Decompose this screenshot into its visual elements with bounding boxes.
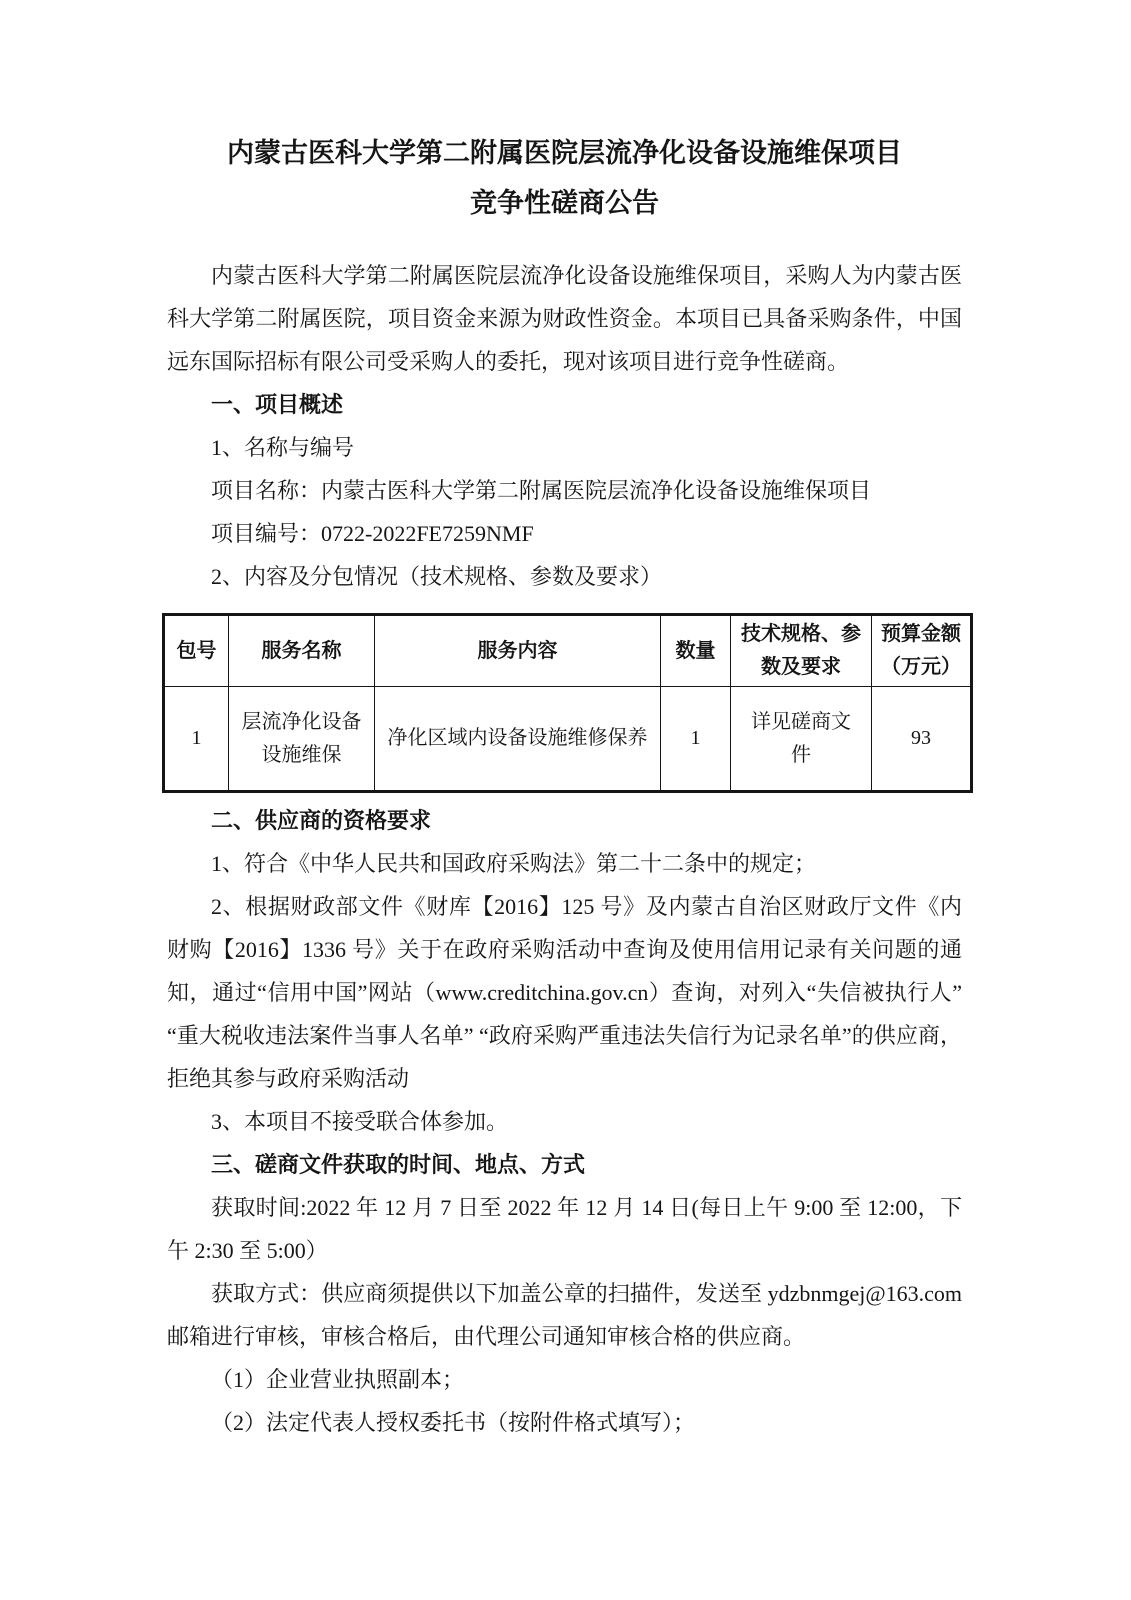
project-name: 项目名称：内蒙古医科大学第二附属医院层流净化设备设施维保项目 xyxy=(167,469,962,512)
section1-item-name-number: 1、名称与编号 xyxy=(167,426,962,469)
section1-item-content-packages: 2、内容及分包情况（技术规格、参数及要求） xyxy=(167,555,962,598)
cell-package-no: 1 xyxy=(164,687,229,792)
document-page: 内蒙古医科大学第二附属医院层流净化设备设施维保项目 竞争性磋商公告 内蒙古医科大… xyxy=(0,0,1131,1600)
section2-heading: 二、供应商的资格要求 xyxy=(167,799,962,842)
col-header-tech-spec: 技术规格、参 数及要求 xyxy=(731,615,872,687)
table-row: 1 层流净化设备 设施维保 净化区域内设备设施维修保养 1 详见磋商文 件 93 xyxy=(164,687,972,792)
section2-item-3: 3、本项目不接受联合体参加。 xyxy=(167,1100,962,1143)
cell-service-content: 净化区域内设备设施维修保养 xyxy=(375,687,661,792)
cell-quantity: 1 xyxy=(661,687,731,792)
section3-time: 获取时间:2022 年 12 月 7 日至 2022 年 12 月 14 日(每… xyxy=(167,1186,962,1272)
col-header-service-name: 服务名称 xyxy=(229,615,375,687)
cell-service-name: 层流净化设备 设施维保 xyxy=(229,687,375,792)
col-header-quantity: 数量 xyxy=(661,615,731,687)
section3-doc-2: （2）法定代表人授权委托书（按附件格式填写）； xyxy=(167,1401,962,1444)
document-title: 内蒙古医科大学第二附属医院层流净化设备设施维保项目 竞争性磋商公告 xyxy=(167,128,962,228)
cell-budget: 93 xyxy=(872,687,972,792)
cell-tech-spec: 详见磋商文 件 xyxy=(731,687,872,792)
col-header-budget: 预算金额 （万元） xyxy=(872,615,972,687)
section3-heading: 三、磋商文件获取的时间、地点、方式 xyxy=(167,1143,962,1186)
section2-item-1: 1、符合《中华人民共和国政府采购法》第二十二条中的规定； xyxy=(167,842,962,885)
title-line-2: 竞争性磋商公告 xyxy=(167,178,962,228)
intro-paragraph: 内蒙古医科大学第二附属医院层流净化设备设施维保项目，采购人为内蒙古医科大学第二附… xyxy=(167,254,962,383)
section1-heading: 一、项目概述 xyxy=(167,383,962,426)
table-header-row: 包号 服务名称 服务内容 数量 技术规格、参 数及要求 预算金额 （万元） xyxy=(164,615,972,687)
section3-doc-1: （1）企业营业执照副本； xyxy=(167,1358,962,1401)
project-number: 项目编号：0722-2022FE7259NMF xyxy=(167,512,962,555)
col-header-package-no: 包号 xyxy=(164,615,229,687)
col-header-service-content: 服务内容 xyxy=(375,615,661,687)
section3-method: 获取方式：供应商须提供以下加盖公章的扫描件，发送至 ydzbnmgej@163.… xyxy=(167,1272,962,1358)
section2-item-2: 2、根据财政部文件《财库【2016】125 号》及内蒙古自治区财政厅文件《内财购… xyxy=(167,885,962,1100)
package-table: 包号 服务名称 服务内容 数量 技术规格、参 数及要求 预算金额 （万元） 1 … xyxy=(162,613,973,793)
title-line-1: 内蒙古医科大学第二附属医院层流净化设备设施维保项目 xyxy=(167,128,962,178)
